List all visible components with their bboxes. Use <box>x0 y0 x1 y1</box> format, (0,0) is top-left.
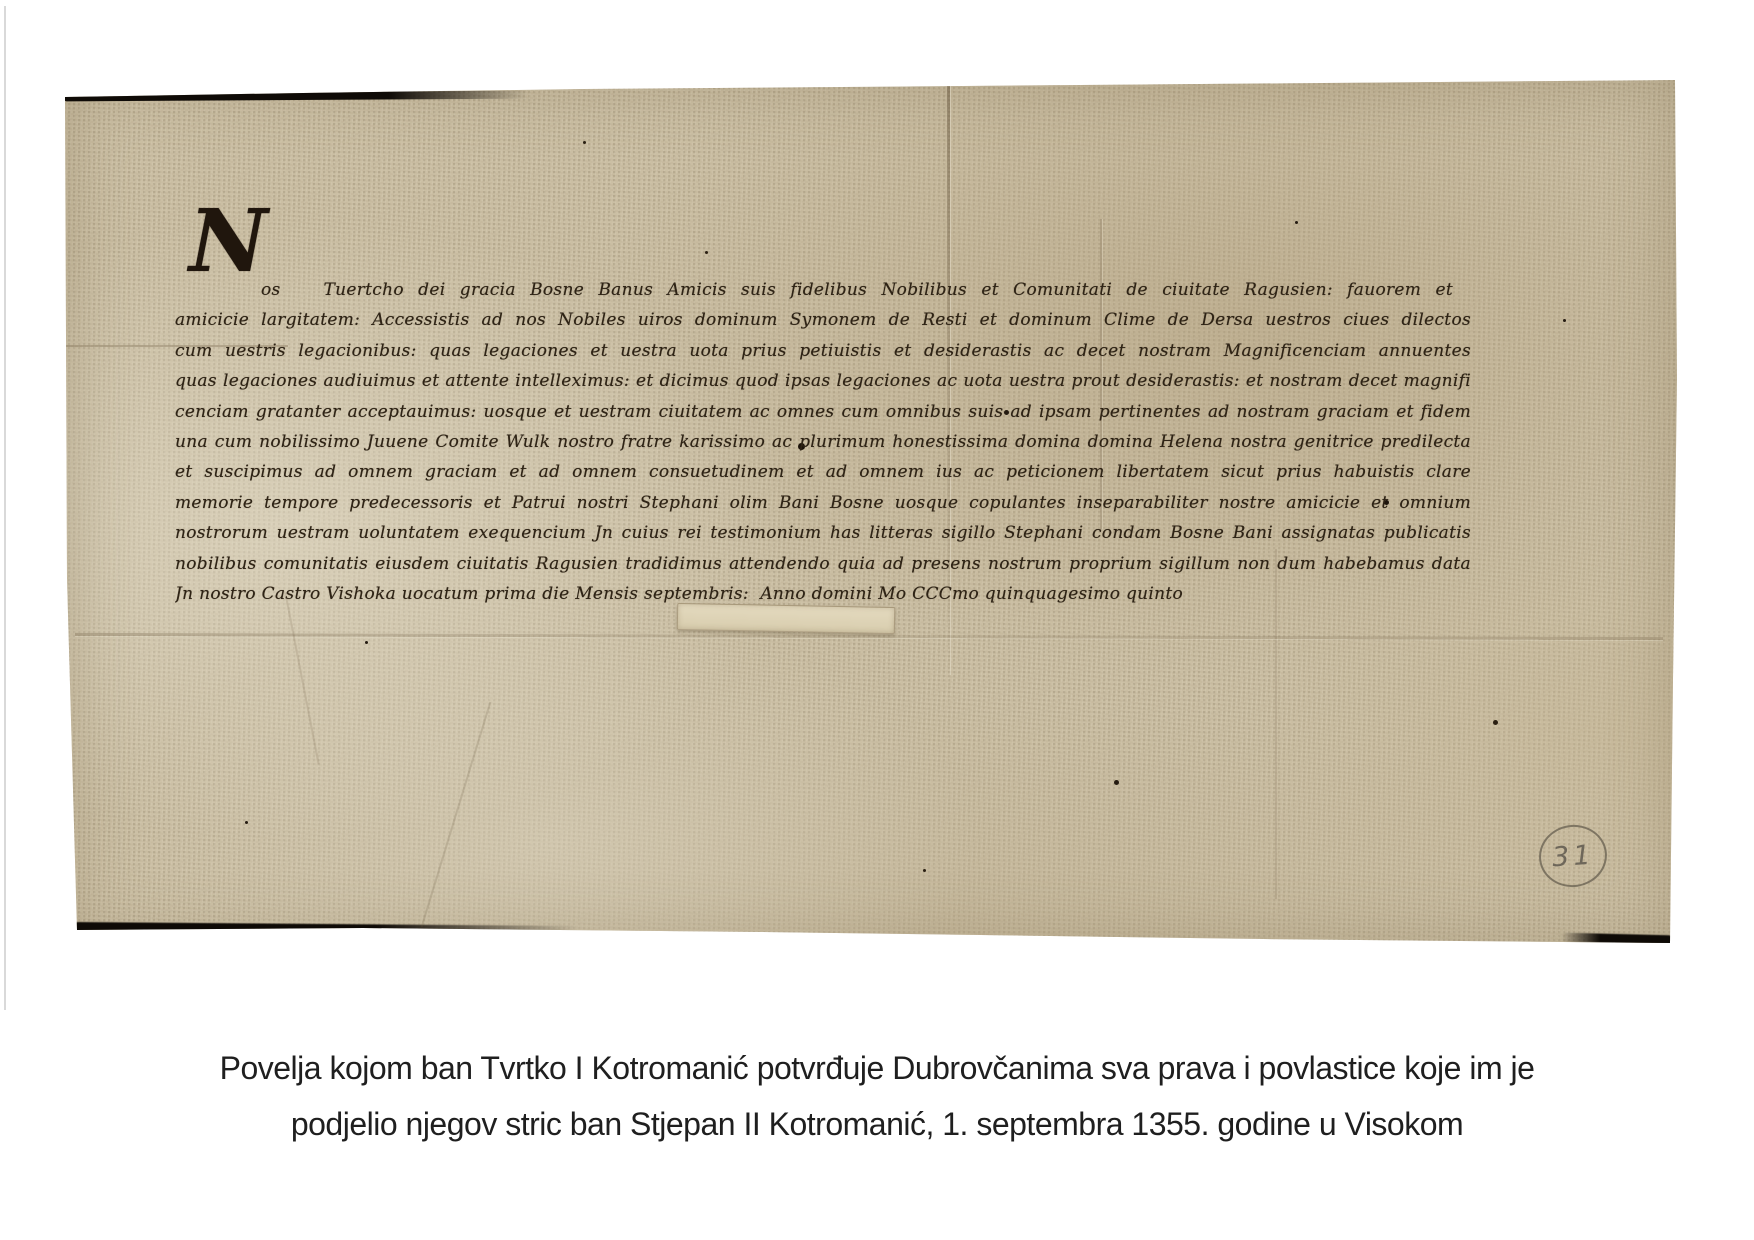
manuscript-line: memorie tempore predecessoris et Patrui … <box>175 488 1471 518</box>
scan-edge-line <box>4 6 6 1010</box>
scan-page: N os Tuertcho dei gracia Bosne Banus Ami… <box>0 0 1754 1240</box>
manuscript-line: quas legaciones audiuimus et attente int… <box>175 366 1471 396</box>
seal-tab-strip <box>677 603 895 634</box>
archival-number: 31 <box>1551 839 1595 873</box>
fold-crease-diagonal <box>284 592 319 764</box>
manuscript-line: una cum nobilissimo Juuene Comite Wulk n… <box>175 427 1471 457</box>
parchment-shadow-bottom-right <box>1561 933 1673 945</box>
manuscript-line: cum uestris legacionibus: quas legacione… <box>175 336 1471 366</box>
illuminated-initial: N <box>189 199 268 285</box>
manuscript-text-block: os Tuertcho dei gracia Bosne Banus Amici… <box>175 275 1471 609</box>
manuscript-line: os Tuertcho dei gracia Bosne Banus Amici… <box>175 275 1471 305</box>
archival-number-circle: 31 <box>1535 821 1611 892</box>
caption-line: podjelio njegov stric ban Stjepan II Kot… <box>0 1096 1754 1152</box>
manuscript-line: amicicie largitatem: Accessistis ad nos … <box>175 305 1471 335</box>
caption-line: Povelja kojom ban Tvrtko I Kotromanić po… <box>0 1040 1754 1096</box>
manuscript-line: nostrorum uestram uoluntatem exequencium… <box>175 518 1471 548</box>
caption: Povelja kojom ban Tvrtko I Kotromanić po… <box>0 1040 1754 1152</box>
manuscript-line: cenciam gratanter acceptauimus: uosque e… <box>175 397 1471 427</box>
parchment-shadow-bottom-left <box>73 922 578 936</box>
manuscript-line: et suscipimus ad omnem graciam et ad omn… <box>175 457 1471 487</box>
ink-specks <box>63 79 66 82</box>
parchment-document: N os Tuertcho dei gracia Bosne Banus Ami… <box>63 79 1679 947</box>
manuscript-line: nobilibus comunitatis eiusdem ciuitatis … <box>175 549 1471 579</box>
fold-crease-diagonal <box>421 702 492 927</box>
parchment-shadow-top <box>63 91 528 102</box>
fold-crease-horizontal <box>75 633 1663 640</box>
